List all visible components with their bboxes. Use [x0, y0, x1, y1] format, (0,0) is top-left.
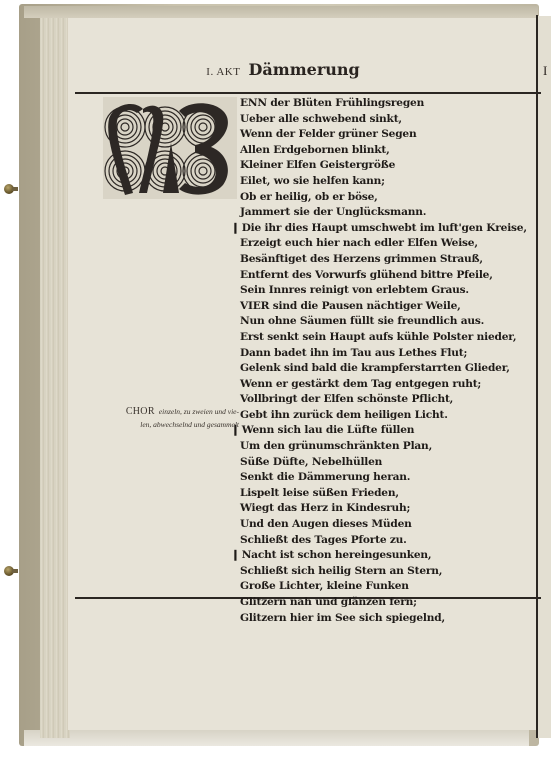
poem-line: Vollbringt der Elfen schönste Pflicht, — [240, 392, 527, 408]
poem-line-text: Wenn er gestärkt dem Tag entgegen ruht; — [240, 378, 481, 390]
page-stack-edges — [40, 18, 70, 738]
decorated-initial-w — [103, 97, 237, 199]
poem-line-text: Die ihr dies Haupt umschwebt im luft'gen… — [242, 222, 527, 234]
poem-line-text: Dann badet ihn im Tau aus Lethes Flut; — [240, 347, 467, 359]
poem-line-text: Lispelt leise süßen Frieden, — [240, 487, 399, 499]
poem-line-text: Ob er heilig, ob er böse, — [240, 191, 378, 203]
poem-line-text: Jammert sie der Unglücksmann. — [240, 206, 426, 218]
poem-line: Eilet, wo sie helfen kann; — [240, 174, 527, 190]
pilcrow-icon: ❙ — [231, 549, 240, 561]
poem-line-text: Gelenk sind bald die krampferstarrten Gl… — [240, 362, 510, 374]
poem-line-text: Erzeigt euch hier nach edler Elfen Weise… — [240, 237, 478, 249]
poem-line: Jammert sie der Unglücksmann. — [240, 205, 527, 221]
poem-line-text: Schließt des Tages Pforte zu. — [240, 534, 407, 546]
poem-line: ❙Die ihr dies Haupt umschwebt im luft'ge… — [231, 221, 527, 237]
poem-line: Große Lichter, kleine Funken — [240, 579, 527, 595]
poem-line: Gebt ihn zurück dem heiligen Licht. — [240, 408, 527, 424]
poem-line: Schließt sich heilig Stern an Stern, — [240, 564, 527, 580]
poem-line-text: Erst senkt sein Haupt aufs kühle Polster… — [240, 331, 516, 343]
poem-line: Gelenk sind bald die krampferstarrten Gl… — [240, 361, 527, 377]
poem-line-text: Gebt ihn zurück dem heiligen Licht. — [240, 409, 448, 421]
poem-line-text: ENN der Blüten Frühlingsregen — [240, 97, 424, 109]
initial-w-icon — [103, 97, 237, 199]
poem-line: Schließt des Tages Pforte zu. — [240, 533, 527, 549]
book-clasp-upper — [4, 184, 14, 194]
speaker-label: CHOR — [126, 406, 155, 417]
poem-line: ENN der Blüten Frühlingsregen — [240, 96, 527, 112]
pilcrow-icon: ❙ — [231, 222, 240, 234]
header-rule — [75, 92, 541, 94]
poem-line-text: Vollbringt der Elfen schönste Pflicht, — [240, 393, 453, 405]
stage-direction-line-2: len, abwechselnd und gesammelt — [104, 420, 239, 429]
stage-direction-line-1: einzeln, zu zweien und vie- — [159, 407, 239, 416]
running-header: I. AKT Dämmerung — [0, 60, 551, 79]
poem-line: Sein Innres reinigt von erlebtem Graus. — [240, 283, 527, 299]
book-cover-top-edge — [24, 6, 538, 18]
pilcrow-icon: ❙ — [231, 424, 240, 436]
poem-line-text: Glitzern hier im See sich spiegelnd, — [240, 612, 445, 624]
poem-line: Glitzern nah und glänzen fern; — [240, 595, 527, 611]
poem-line-text: Entfernt des Vorwurfs glühend bittre Pfe… — [240, 269, 493, 281]
poem-line: Ueber alle schwebend sinkt, — [240, 112, 527, 128]
poem-line: Um den grünumschränkten Plan, — [240, 439, 527, 455]
poem-line-text: Ueber alle schwebend sinkt, — [240, 113, 402, 125]
poem-line-text: Wenn sich lau die Lüfte füllen — [242, 424, 415, 436]
poem-line-text: Nun ohne Säumen füllt sie freundlich aus… — [240, 315, 484, 327]
poem-line-text: Nacht ist schon hereingesunken, — [242, 549, 432, 561]
poem-line: Entfernt des Vorwurfs glühend bittre Pfe… — [240, 268, 527, 284]
act-label: I. AKT — [206, 66, 240, 78]
right-page-header-fragment: I — [543, 63, 547, 79]
poem-line: Senkt die Dämmerung heran. — [240, 470, 527, 486]
poem-line-text: Wenn der Felder grüner Segen — [240, 128, 416, 140]
poem-line-text: Süße Düfte, Nebelhüllen — [240, 456, 382, 468]
poem-line-text: VIER sind die Pausen nächtiger Weile, — [240, 300, 461, 312]
poem-line: Lispelt leise süßen Frieden, — [240, 486, 527, 502]
poem-text-block: ENN der Blüten FrühlingsregenUeber alle … — [240, 96, 527, 626]
poem-line: Kleiner Elfen Geistergröße — [240, 158, 527, 174]
poem-line: Süße Düfte, Nebelhüllen — [240, 455, 527, 471]
poem-line-text: Wiegt das Herz in Kindesruh; — [240, 502, 410, 514]
poem-line: ❙Nacht ist schon hereingesunken, — [231, 548, 527, 564]
poem-line: Nun ohne Säumen füllt sie freundlich aus… — [240, 314, 527, 330]
gutter-rule — [536, 15, 538, 738]
poem-line: Besänftiget des Herzens grimmen Strauß, — [240, 252, 527, 268]
poem-line: Wiegt das Herz in Kindesruh; — [240, 501, 527, 517]
poem-line-text: Schließt sich heilig Stern an Stern, — [240, 565, 442, 577]
poem-line: Dann badet ihn im Tau aus Lethes Flut; — [240, 346, 527, 362]
poem-line-text: Besänftiget des Herzens grimmen Strauß, — [240, 253, 483, 265]
poem-line-text: Kleiner Elfen Geistergröße — [240, 159, 395, 171]
poem-line-text: Allen Erdgebornen blinkt, — [240, 144, 390, 156]
poem-line: Glitzern hier im See sich spiegelnd, — [240, 611, 527, 627]
book-cover-bottom-edge — [24, 730, 529, 746]
right-page-strip — [538, 16, 551, 738]
poem-line-text: Um den grünumschränkten Plan, — [240, 440, 432, 452]
poem-line: ❙Wenn sich lau die Lüfte füllen — [231, 423, 527, 439]
poem-line: Wenn er gestärkt dem Tag entgegen ruht; — [240, 377, 527, 393]
poem-line: Erzeigt euch hier nach edler Elfen Weise… — [240, 236, 527, 252]
poem-line-text: Große Lichter, kleine Funken — [240, 580, 409, 592]
poem-line-text: Glitzern nah und glänzen fern; — [240, 596, 417, 608]
poem-line-text: Und den Augen dieses Müden — [240, 518, 412, 530]
poem-line: VIER sind die Pausen nächtiger Weile, — [240, 299, 527, 315]
poem-line-text: Senkt die Dämmerung heran. — [240, 471, 410, 483]
poem-line: Ob er heilig, ob er böse, — [240, 190, 527, 206]
poem-line: Und den Augen dieses Müden — [240, 517, 527, 533]
book-clasp-lower — [4, 566, 14, 576]
poem-line: Wenn der Felder grüner Segen — [240, 127, 527, 143]
poem-line-text: Eilet, wo sie helfen kann; — [240, 175, 385, 187]
poem-line: Allen Erdgebornen blinkt, — [240, 143, 527, 159]
poem-line: Erst senkt sein Haupt aufs kühle Polster… — [240, 330, 527, 346]
poem-line-text: Sein Innres reinigt von erlebtem Graus. — [240, 284, 469, 296]
scene-title: Dämmerung — [249, 60, 360, 79]
speaker-margin-note: CHOR einzeln, zu zweien und vie- len, ab… — [104, 401, 239, 429]
